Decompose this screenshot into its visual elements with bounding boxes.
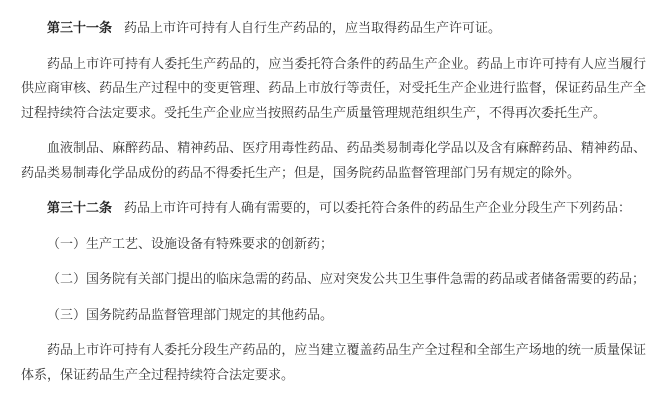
article-31-number: 第三十一条 bbox=[47, 21, 112, 36]
article-31-paragraph-3: 血液制品、麻醉药品、精神药品、医疗用毒性药品、药品类易制毒化学品以及含有麻醉药品… bbox=[21, 137, 646, 186]
article-32-text: 药品上市许可持有人确有需要的，可以委托符合条件的药品生产企业分段生产下列药品： bbox=[124, 201, 631, 216]
list-item-1: （一）生产工艺、设施设备有特殊要求的创新药； bbox=[21, 233, 646, 258]
article-31-text: 药品上市许可持有人自行生产药品的，应当取得药品生产许可证。 bbox=[124, 21, 501, 36]
article-31-paragraph-2: 药品上市许可持有人委托生产药品的，应当委托符合条件的药品生产企业。药品上市许可持… bbox=[21, 53, 646, 127]
article-32-paragraph-last: 药品上市许可持有人委托分段生产药品的，应当建立覆盖药品生产全过程和全部生产场地的… bbox=[21, 339, 646, 388]
article-31-paragraph: 第三十一条药品上市许可持有人自行生产药品的，应当取得药品生产许可证。 bbox=[21, 17, 646, 42]
list-item-2: （二）国务院有关部门提出的临床急需的药品、应对突发公共卫生事件急需的药品或者储备… bbox=[21, 268, 646, 293]
article-32-number: 第三十二条 bbox=[47, 201, 112, 216]
document-body: 第三十一条药品上市许可持有人自行生产药品的，应当取得药品生产许可证。 药品上市许… bbox=[21, 17, 646, 388]
list-item-3: （三）国务院药品监督管理部门规定的其他药品。 bbox=[21, 304, 646, 329]
article-32-paragraph: 第三十二条药品上市许可持有人确有需要的，可以委托符合条件的药品生产企业分段生产下… bbox=[21, 197, 646, 222]
